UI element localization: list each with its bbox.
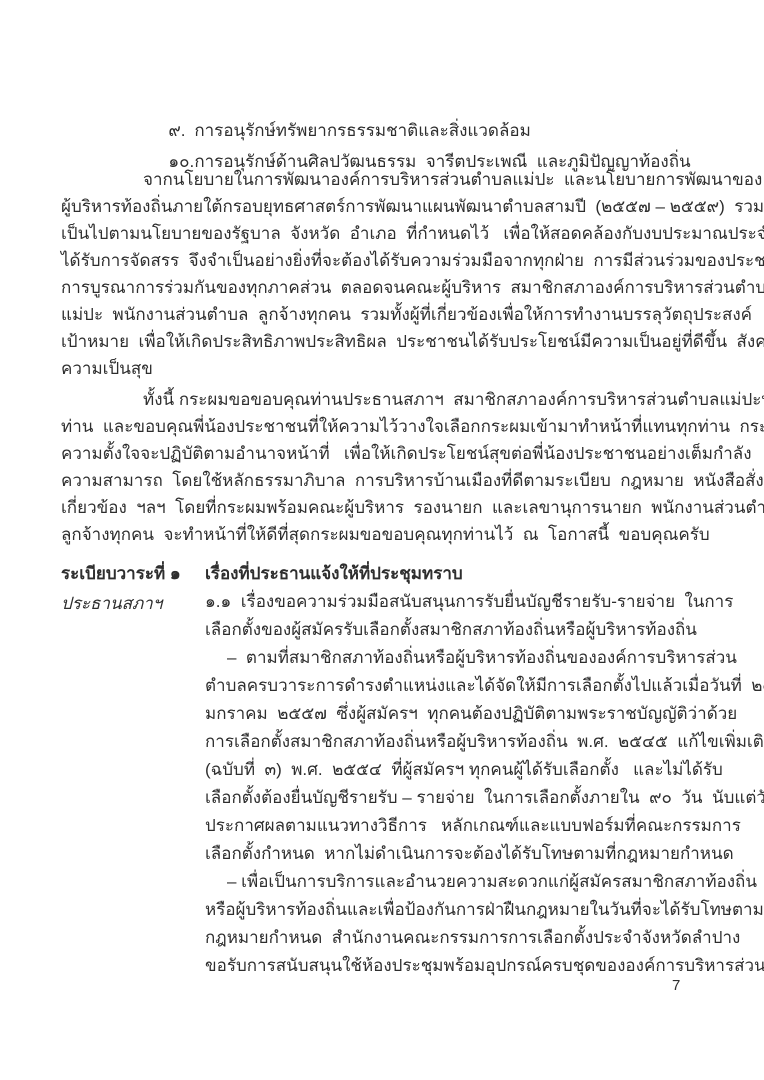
page-number: 7 (672, 976, 680, 996)
text-line: แม่ปะ พนักงานส่วนตำบล ลูกจ้างทุกคน รวมทั… (61, 301, 706, 328)
agenda-text-line: หรือผู้บริหารท้องถิ่นและเพื่อป้องกันการฝ… (205, 896, 715, 924)
agenda-body: เรื่องที่ประธานแจ้งให้ที่ประชุมทราบ ๑.๑ … (205, 560, 715, 980)
agenda-text-line: (ฉบับที่ ๓) พ.ศ. ๒๕๕๔ ที่ผู้สมัครฯ ทุกคน… (205, 756, 715, 784)
agenda-text-line: – เพื่อเป็นการบริการและอำนวยความสะดวกแก่… (205, 868, 715, 896)
paragraph-policy-summary: จากนโยบายในการพัฒนาองค์การบริหารส่วนตำบล… (61, 166, 706, 382)
text-line: จากนโยบายในการพัฒนาองค์การบริหารส่วนตำบล… (61, 166, 706, 193)
text-line: ความสามารถ โดยใช้หลักธรรมาภิบาล การบริหา… (61, 467, 706, 494)
text-line: ลูกจ้างทุกคน จะทำหน้าที่ให้ดีที่สุดกระผม… (61, 521, 706, 548)
text-line: เป้าหมาย เพื่อให้เกิดประสิทธิภาพประสิทธิ… (61, 328, 706, 355)
agenda-text-line: กฎหมายกำหนด สำนักงานคณะกรรมการการเลือกตั… (205, 924, 715, 952)
policy-list-item: ๙.การอนุรักษ์ทรัพยากรธรรมชาติและสิ่งแวดล… (140, 84, 691, 115)
agenda-text-line: มกราคม ๒๕๕๗ ซึ่งผู้สมัครฯ ทุกคนต้องปฏิบั… (205, 700, 715, 728)
agenda-text-line: ตำบลครบวาระการดำรงตำแหน่งและได้จัดให้มีก… (205, 672, 715, 700)
agenda-text-line: เลือกตั้งต้องยื่นบัญชีรายรับ – รายจ่าย ใ… (205, 784, 715, 812)
agenda-text-line: ๑.๑ เรื่องขอความร่วมมือสนับสนุนการรับยื่… (205, 588, 715, 616)
text-line: ผู้บริหารท้องถิ่นภายใต้กรอบยุทธศาสตร์การ… (61, 193, 706, 220)
text-line: ท่าน และขอบคุณพี่น้องประชาชนที่ให้ความไว… (61, 413, 706, 440)
agenda-text-line: เลือกตั้งของผู้สมัครรับเลือกตั้งสมาชิกสภ… (205, 616, 715, 644)
agenda-text-line: ประกาศผลตามแนวทางวิธีการ หลักเกณฑ์และแบบ… (205, 812, 715, 840)
agenda-text-line: เลือกตั้งกำหนด หากไม่ดำเนินการจะต้องได้ร… (205, 840, 715, 868)
document-page: ๙.การอนุรักษ์ทรัพยากรธรรมชาติและสิ่งแวดล… (0, 0, 764, 1080)
agenda-heading: เรื่องที่ประธานแจ้งให้ที่ประชุมทราบ (205, 560, 715, 588)
agenda-text-line: – ตามที่สมาชิกสภาท้องถิ่นหรือผู้บริหารท้… (205, 644, 715, 672)
text-line: ทั้งนี้ กระผมขอขอบคุณท่านประธานสภาฯ สมาช… (61, 386, 706, 413)
paragraph-thanks: ทั้งนี้ กระผมขอขอบคุณท่านประธานสภาฯ สมาช… (61, 386, 706, 548)
text-line: ความเป็นสุข (61, 355, 706, 382)
text-line: เป็นไปตามนโยบายของรัฐบาล จังหวัด อำเภอ ท… (61, 220, 706, 247)
list-item-label: การอนุรักษ์ทรัพยากรธรรมชาติและสิ่งแวดล้อ… (194, 121, 530, 140)
agenda-text-line: ขอรับการสนับสนุนใช้ห้องประชุมพร้อมอุปกรณ… (205, 952, 715, 980)
policy-list: ๙.การอนุรักษ์ทรัพยากรธรรมชาติและสิ่งแวดล… (140, 84, 691, 146)
text-line: เกี่ยวข้อง ฯลฯ โดยที่กระผมพร้อมคณะผู้บริ… (61, 494, 706, 521)
list-item-number: ๙. (168, 115, 194, 146)
text-line: ความตั้งใจจะปฏิบัติตามอำนาจหน้าที่ เพื่อ… (61, 440, 706, 467)
text-line: ได้รับการจัดสรร จึงจำเป็นอย่างยิ่งที่จะต… (61, 247, 706, 274)
agenda-text-line: การเลือกตั้งสมาชิกสภาท้องถิ่นหรือผู้บริห… (205, 728, 715, 756)
agenda-item-label: ระเบียบวาระที่ ๑ (61, 560, 181, 588)
speaker-name: ประธานสภาฯ (61, 590, 162, 618)
text-line: การบูรณาการร่วมกันของทุกภาคส่วน ตลอดจนคณ… (61, 274, 706, 301)
